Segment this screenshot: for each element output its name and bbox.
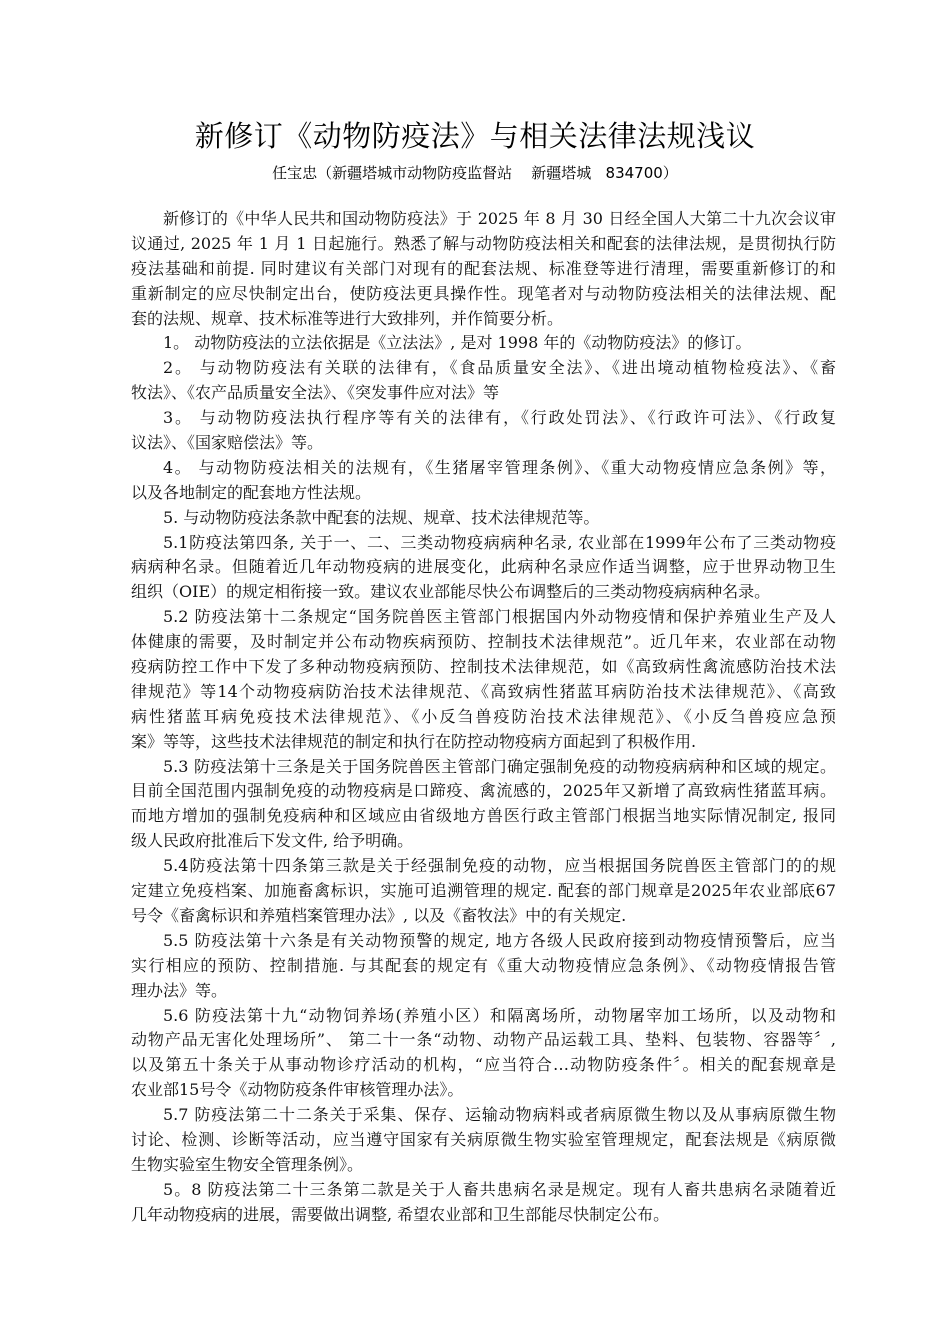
text-line: 5. 与动物防疫法条款中配套的法规、规章、技术法律规范等。 bbox=[131, 506, 836, 531]
paragraph-item-5: 5. 与动物防疫法条款中配套的法规、规章、技术法律规范等。 bbox=[131, 506, 836, 531]
text-line: 4。 与动物防疫法相关的法规有，《生猪屠宰管理条例》、《重大动物疫情应急条例》等… bbox=[131, 456, 836, 481]
text-line: 动物产品无害化处理场所”、 第二十一条“动物、动物产品运载工具、垫料、包装物、容… bbox=[131, 1028, 836, 1053]
text-line: 2。 与动物防疫法有关联的法律有，《食品质量安全法》、《进出境动植物检疫法》、《… bbox=[131, 356, 836, 381]
text-line: 套的法规、规章、技术标准等进行大致排列，并作简要分析。 bbox=[131, 307, 836, 332]
text-line: 5。8 防疫法第二十三条第二款是关于人畜共患病名录是规定。现有人畜共患病名录随着… bbox=[131, 1178, 836, 1203]
text-line: 以及第五十条关于从事动物诊疗活动的机构，“应当符合…动物防疫条件〞。相关的配套规… bbox=[131, 1053, 836, 1078]
text-line: 律规范》等14个动物疫病防治技术法律规范、《高致病性猪蓝耳病防治技术法律规范》、… bbox=[131, 680, 836, 705]
text-line: 农业部15号令《动物防疫条件审核管理办法》。 bbox=[131, 1078, 836, 1103]
text-line: 号令《畜禽标识和养殖档案管理办法》, 以及《畜牧法》中的有关规定. bbox=[131, 904, 836, 929]
text-line: 几年动物疫病的进展，需要做出调整, 希望农业部和卫生部能尽快制定公布。 bbox=[131, 1203, 836, 1228]
text-line: 而地方增加的强制免疫病种和区域应由省级地方兽医行政主管部门根据当地实际情况制定,… bbox=[131, 804, 836, 829]
paragraph-item-5-1: 5.1防疫法第四条, 关于一、二、三类动物疫病病种名录, 农业部在1999年公布… bbox=[131, 531, 836, 606]
document-title: 新修订《动物防疫法》与相关法律法规浅议 bbox=[0, 116, 950, 156]
text-line: 5.5 防疫法第十六条是有关动物预警的规定, 地方各级人民政府接到动物疫情预警后… bbox=[131, 929, 836, 954]
text-line: 5.2 防疫法第十二条规定“国务院兽医主管部门根据国内外动物疫情和保护养殖业生产… bbox=[131, 605, 836, 630]
paragraph-item-5-4: 5.4防疫法第十四条第三款是关于经强制免疫的动物，应当根据国务院兽医主管部门的的… bbox=[131, 854, 836, 929]
paragraph-item-4: 4。 与动物防疫法相关的法规有，《生猪屠宰管理条例》、《重大动物疫情应急条例》等… bbox=[131, 456, 836, 506]
paragraph-item-1: 1。 动物防疫法的立法依据是《立法法》, 是对 1998 年的《动物防疫法》的修… bbox=[131, 331, 836, 356]
text-line: 讨论、检测、诊断等活动，应当遵守国家有关病原微生物实验室管理规定，配套法规是《病… bbox=[131, 1128, 836, 1153]
text-line: 目前全国范围内强制免疫的动物疫病是口蹄疫、禽流感的，2025年又新增了高致病性猪… bbox=[131, 779, 836, 804]
text-line: 新修订的《中华人民共和国动物防疫法》于 2025 年 8 月 30 日经全国人大… bbox=[131, 207, 836, 232]
text-line: 牧法》、《农产品质量安全法》、《突发事件应对法》等 bbox=[131, 381, 836, 406]
paragraph-intro: 新修订的《中华人民共和国动物防疫法》于 2025 年 8 月 30 日经全国人大… bbox=[131, 207, 836, 331]
text-line: 5.4防疫法第十四条第三款是关于经强制免疫的动物，应当根据国务院兽医主管部门的的… bbox=[131, 854, 836, 879]
text-line: 3。 与动物防疫法执行程序等有关的法律有，《行政处罚法》、《行政许可法》、《行政… bbox=[131, 406, 836, 431]
text-line: 议通过, 2025 年 1 月 1 日起施行。熟悉了解与动物防疫法相关和配套的法… bbox=[131, 232, 836, 257]
text-line: 以及各地制定的配套地方性法规。 bbox=[131, 481, 836, 506]
text-line: 重新制定的应尽快制定出台，使防疫法更具操作性。现笔者对与动物防疫法相关的法律法规… bbox=[131, 282, 836, 307]
document-body: 新修订的《中华人民共和国动物防疫法》于 2025 年 8 月 30 日经全国人大… bbox=[131, 207, 836, 1228]
text-line: 病性猪蓝耳病免疫技术法律规范》、《小反刍兽疫防治技术法律规范》、《小反刍兽疫应急… bbox=[131, 705, 836, 730]
author-byline: 任宝忠（新疆塔城市动物防疫监督站 新疆塔城 834700） bbox=[0, 160, 950, 186]
text-line: 组织（OIE）的规定相衔接一致。建议农业部能尽快公布调整后的三类动物疫病病种名录… bbox=[131, 580, 836, 605]
paragraph-item-5-5: 5.5 防疫法第十六条是有关动物预警的规定, 地方各级人民政府接到动物疫情预警后… bbox=[131, 929, 836, 1004]
text-line: 实行相应的预防、控制措施. 与其配套的规定有《重大动物疫情应急条例》、《动物疫情… bbox=[131, 954, 836, 979]
text-line: 理办法》等。 bbox=[131, 979, 836, 1004]
text-line: 体健康的需要，及时制定并公布动物疾病预防、控制技术法律规范”。近几年来，农业部在… bbox=[131, 630, 836, 655]
text-line: 5.3 防疫法第十三条是关于国务院兽医主管部门确定强制免疫的动物疫病病种和区域的… bbox=[131, 755, 836, 780]
text-line: 案》等等，这些技术法律规范的制定和执行在防控动物疫病方面起到了积极作用. bbox=[131, 730, 836, 755]
text-line: 定建立免疫档案、加施畜禽标识，实施可追溯管理的规定. 配套的部门规章是2025年… bbox=[131, 879, 836, 904]
text-line: 病病种名录。但随着近几年动物疫病的进展变化，此病种名录应作适当调整，应于世界动物… bbox=[131, 555, 836, 580]
paragraph-item-5-6: 5.6 防疫法第十九“动物饲养场(养殖小区）和隔离场所，动物屠宰加工场所，以及动… bbox=[131, 1004, 836, 1104]
text-line: 级人民政府批准后下发文件, 给予明确。 bbox=[131, 829, 836, 854]
document-page: 新修订《动物防疫法》与相关法律法规浅议 任宝忠（新疆塔城市动物防疫监督站 新疆塔… bbox=[0, 0, 950, 1344]
text-line: 5.1防疫法第四条, 关于一、二、三类动物疫病病种名录, 农业部在1999年公布… bbox=[131, 531, 836, 556]
paragraph-item-5-8: 5。8 防疫法第二十三条第二款是关于人畜共患病名录是规定。现有人畜共患病名录随着… bbox=[131, 1178, 836, 1228]
paragraph-item-5-2: 5.2 防疫法第十二条规定“国务院兽医主管部门根据国内外动物疫情和保护养殖业生产… bbox=[131, 605, 836, 754]
text-line: 疫法基础和前提. 同时建议有关部门对现有的配套法规、标准登等进行清理，需要重新修… bbox=[131, 257, 836, 282]
text-line: 1。 动物防疫法的立法依据是《立法法》, 是对 1998 年的《动物防疫法》的修… bbox=[131, 331, 836, 356]
text-line: 疫病防控工作中下发了多种动物疫病预防、控制技术法律规范，如《高致病性禽流感防治技… bbox=[131, 655, 836, 680]
text-line: 生物实验室生物安全管理条例》。 bbox=[131, 1153, 836, 1178]
paragraph-item-2: 2。 与动物防疫法有关联的法律有，《食品质量安全法》、《进出境动植物检疫法》、《… bbox=[131, 356, 836, 406]
paragraph-item-3: 3。 与动物防疫法执行程序等有关的法律有，《行政处罚法》、《行政许可法》、《行政… bbox=[131, 406, 836, 456]
text-line: 5.7 防疫法第二十二条关于采集、保存、运输动物病料或者病原微生物以及从事病原微… bbox=[131, 1103, 836, 1128]
text-line: 5.6 防疫法第十九“动物饲养场(养殖小区）和隔离场所，动物屠宰加工场所，以及动… bbox=[131, 1004, 836, 1029]
paragraph-item-5-7: 5.7 防疫法第二十二条关于采集、保存、运输动物病料或者病原微生物以及从事病原微… bbox=[131, 1103, 836, 1178]
paragraph-item-5-3: 5.3 防疫法第十三条是关于国务院兽医主管部门确定强制免疫的动物疫病病种和区域的… bbox=[131, 755, 836, 855]
text-line: 议法》、《国家赔偿法》等。 bbox=[131, 431, 836, 456]
